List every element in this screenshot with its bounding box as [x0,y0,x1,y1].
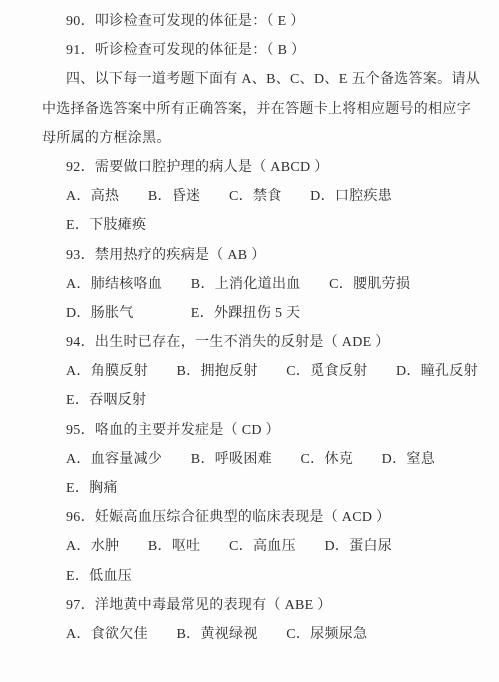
question-92-option-e: E．下肢瘫痪 [42,211,487,240]
question-95-options-a-d: A．血容量减少 B．呼吸困难 C．休克 D．窒息 [42,445,487,474]
question-94-option-e: E．吞咽反射 [42,386,487,415]
question-92: 92．需要做口腔护理的病人是（ ABCD ） [42,153,487,182]
question-95: 95．咯血的主要并发症是（ CD ） [42,416,487,445]
question-93-options-d-e: D．肠胀气 E．外踝扭伤 5 天 [42,299,487,328]
question-93: 93．禁用热疗的疾病是（ AB ） [42,241,487,270]
question-96-option-e: E．低血压 [42,562,487,591]
question-90: 90．叩诊检查可发现的体征是：（ E ） [42,7,487,36]
question-96: 96．妊娠高血压综合征典型的临床表现是（ ACD ） [42,503,487,532]
section-4-instructions-line-1: 四、以下每一道考题下面有 A、B、C、D、E 五个备选答案。请从 [42,65,487,94]
document-body: 90．叩诊检查可发现的体征是：（ E ）91．听诊检查可发现的体征是：（ B ）… [42,7,487,649]
section-4-instructions-line-3: 母所属的方框涂黑。 [42,124,487,153]
question-94: 94．出生时已存在，一生不消失的反射是（ ADE ） [42,328,487,357]
exam-document-page: 90．叩诊检查可发现的体征是：（ E ）91．听诊检查可发现的体征是：（ B ）… [0,0,499,682]
question-91: 91．听诊检查可发现的体征是：（ B ） [42,36,487,65]
question-94-options-a-d: A．角膜反射 B．拥抱反射 C．觅食反射 D．瞳孔反射 [42,357,487,386]
question-95-option-e: E．胸痛 [42,474,487,503]
question-97-options-a-c: A．食欲欠佳 B．黄视绿视 C．尿频尿急 [42,620,487,649]
question-96-options-a-d: A．水肿 B．呕吐 C．高血压 D．蛋白尿 [42,532,487,561]
question-92-options-a-d: A．高热 B．昏迷 C．禁食 D．口腔疾患 [42,182,487,211]
question-93-options-a-c: A．肺结核咯血 B．上消化道出血 C．腰肌劳损 [42,270,487,299]
question-97: 97．洋地黄中毒最常见的表现有（ ABE ） [42,591,487,620]
section-4-instructions-line-2: 中选择备选答案中所有正确答案，并在答题卡上将相应题号的相应字 [42,95,487,124]
